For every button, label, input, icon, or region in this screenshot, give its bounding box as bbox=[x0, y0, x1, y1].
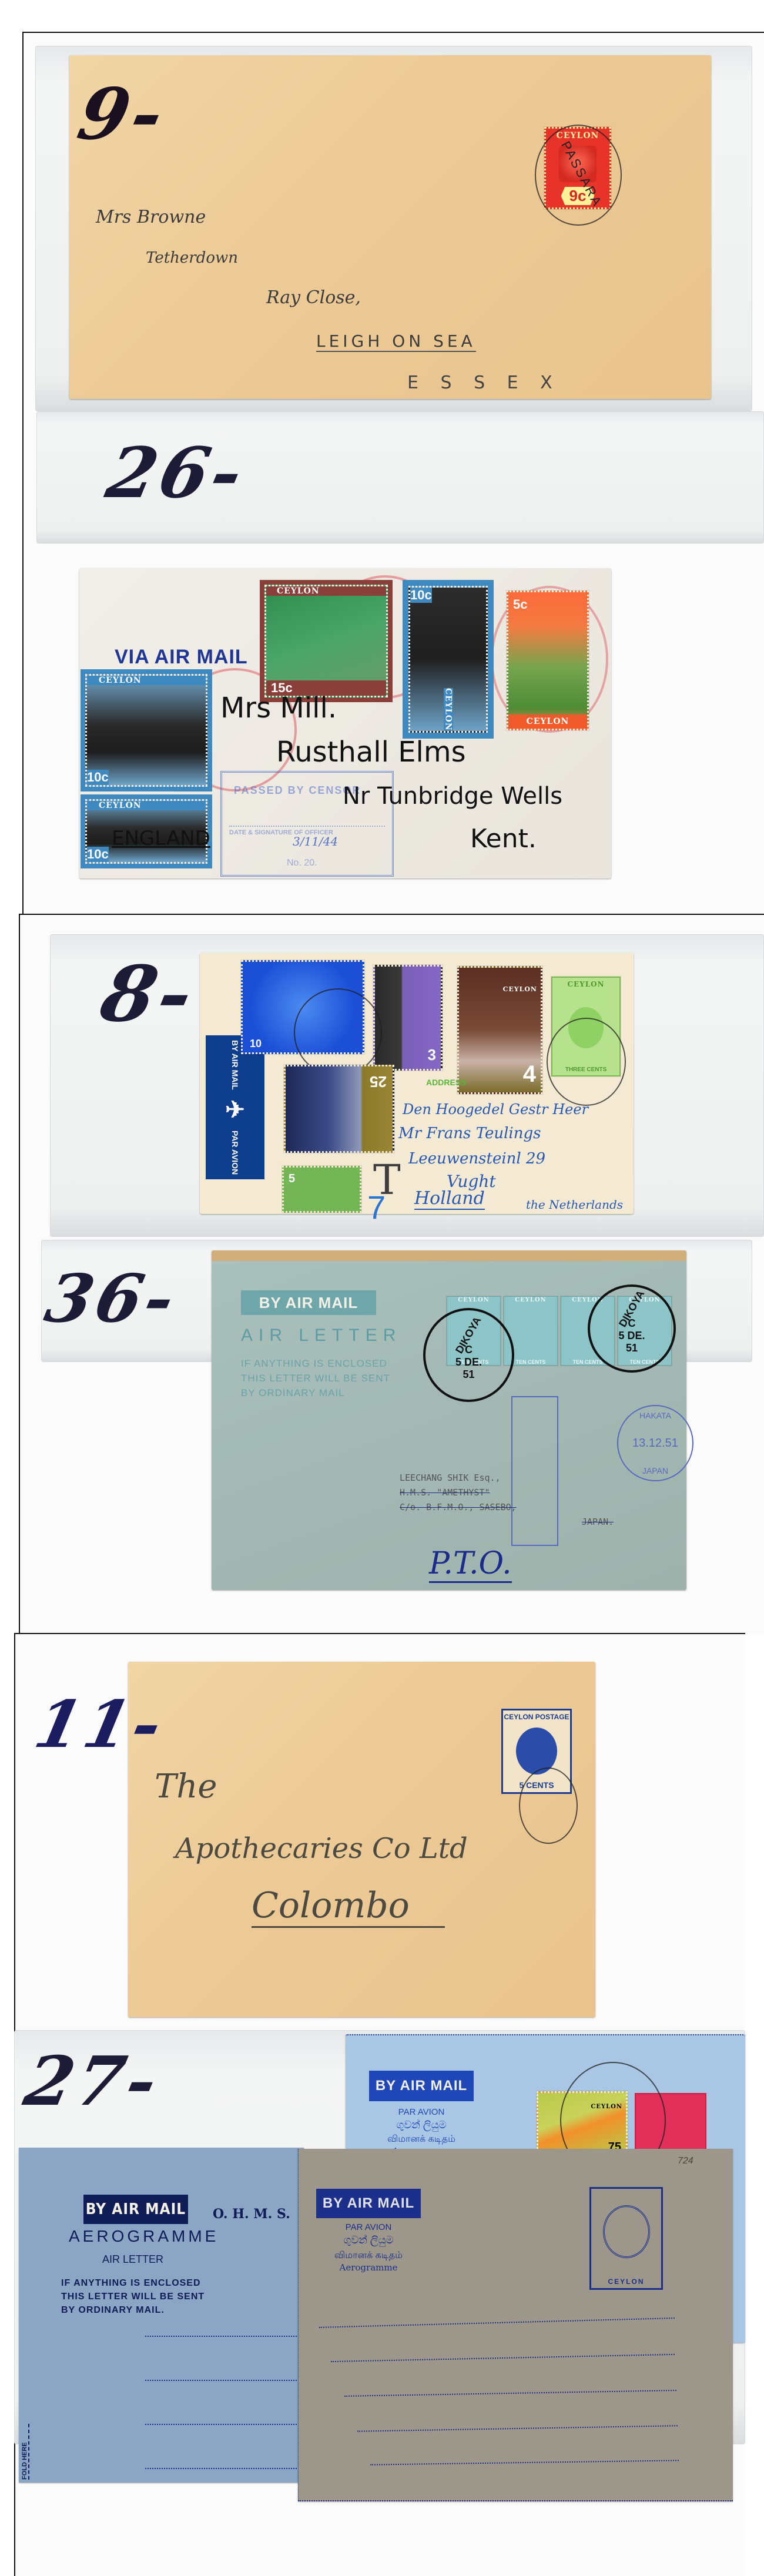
stamp-25-refugee: 25 bbox=[284, 1065, 394, 1153]
address-line bbox=[357, 2425, 678, 2432]
stamp-5-green: 5 bbox=[282, 1166, 361, 1213]
notice-line-1: IF ANYTHING IS ENCLOSED bbox=[61, 2278, 201, 2289]
address-line-5: E S S E X bbox=[407, 373, 561, 393]
address-line bbox=[145, 2468, 304, 2469]
stamp-3-cents: 3 bbox=[373, 965, 443, 1071]
address-line-1: Mrs Browne bbox=[96, 207, 206, 227]
notice-line-2: THIS LETTER WILL BE SENT bbox=[61, 2292, 205, 2302]
imprint-30-lion: CEYLON bbox=[589, 2187, 663, 2290]
address-line-2: Apothecaries Co Ltd bbox=[175, 1832, 468, 1865]
notice-line-1: IF ANYTHING IS ENCLOSED bbox=[241, 1358, 387, 1370]
address-line-3: Nr Tunbridge Wells bbox=[343, 783, 562, 810]
address-line-5: Holland bbox=[414, 1188, 485, 1210]
address-line-1: Mrs Mill. bbox=[220, 692, 337, 724]
airmail-label: BY AIR MAIL bbox=[316, 2189, 421, 2218]
typed-address-1: LEECHANG SHIK Esq., bbox=[400, 1473, 501, 1483]
address-line-6: the Netherlands bbox=[526, 1198, 623, 1212]
airmail-etiquette: BY AIR MAIL ✈ PAR AVION bbox=[206, 1035, 264, 1179]
airmail-label: BY AIR MAIL bbox=[241, 1290, 376, 1315]
lot-number: 11- bbox=[28, 1686, 172, 1762]
cover-lot-26[interactable]: VIA AIR MAIL CEYLON 15c 10c CEYLON 5c CE… bbox=[79, 568, 611, 878]
pto-note: P.T.O. bbox=[429, 1546, 512, 1583]
lot-number: 36- bbox=[39, 1260, 185, 1337]
lot-number: 27- bbox=[18, 2042, 167, 2121]
airmail-label: BY AIR MAIL bbox=[369, 2071, 474, 2101]
postal-card-lot-8[interactable]: BY AIR MAIL ✈ PAR AVION 10 3 CEYLON 4 CE… bbox=[200, 953, 634, 1214]
notice-line-2: THIS LETTER WILL BE SENT bbox=[241, 1373, 390, 1384]
address-line bbox=[370, 2460, 679, 2465]
notice-line-3: BY ORDINARY MAIL. bbox=[61, 2305, 165, 2316]
winged-emblem-icon: ✈ bbox=[225, 1096, 245, 1123]
postmark-hakata: HAKATA 13.12.51 JAPAN bbox=[617, 1405, 693, 1481]
notice-line-3: BY ORDINARY MAIL bbox=[241, 1387, 345, 1399]
address-line-2: Tetherdown bbox=[146, 249, 238, 267]
stamp-15c-river: CEYLON 15c bbox=[264, 585, 388, 697]
fold-here-label: FOLD HERE bbox=[21, 2424, 29, 2480]
address-line-2: Mr Frans Teulings bbox=[398, 1125, 541, 1142]
aerogramme-lot-27-c[interactable]: BY AIR MAIL PAR AVION ගුවන් ලියුම விமானக… bbox=[298, 2149, 733, 2501]
postmark bbox=[547, 1018, 626, 1106]
address-line-1: The bbox=[155, 1767, 217, 1806]
stamp-4-refugee: CEYLON 4 bbox=[457, 966, 542, 1094]
airmail-label: VIA AIR MAIL bbox=[115, 646, 248, 669]
country-line: ENGLAND bbox=[112, 827, 210, 850]
postmark-dikoya: DIKOYA C 5 DE. 51 bbox=[423, 1308, 514, 1402]
address-line bbox=[145, 2380, 304, 2381]
lot-number: 26- bbox=[100, 432, 253, 514]
address-line-3: Colombo bbox=[252, 1885, 445, 1928]
aerogramme-lot-27-b[interactable]: BY AIR MAIL O. H. M. S. AEROGRAMME AIR L… bbox=[19, 2148, 304, 2483]
stamp-5c-palms: 5c CEYLON bbox=[507, 591, 589, 730]
typed-address-2: H.M.S. "AMETHYST" bbox=[400, 1487, 490, 1498]
address-line bbox=[145, 2424, 304, 2425]
address-line-3: Ray Close, bbox=[266, 287, 361, 308]
lion-emblem-icon bbox=[603, 2205, 650, 2258]
address-line-1: Den Hoogedel Gestr Heer bbox=[403, 1101, 588, 1118]
ohms-label: O. H. M. S. bbox=[213, 2206, 290, 2222]
cover-lot-9[interactable]: 9- CEYLON 9c PASSARA Mrs Browne Tetherdo… bbox=[69, 55, 711, 399]
address-line bbox=[331, 2354, 675, 2362]
stamp-10c-sigiriya: 10c CEYLON bbox=[408, 586, 488, 733]
postmark bbox=[294, 988, 382, 1076]
envelope-lot-11[interactable]: CEYLON POSTAGE 5 CENTS The Apothecaries … bbox=[128, 1662, 595, 2017]
address-line-2: Rusthall Elms bbox=[276, 736, 466, 769]
air-letter-subtitle: AIR LETTER bbox=[102, 2253, 163, 2266]
airmail-label: BY AIR MAIL bbox=[83, 2195, 188, 2224]
postmark-passara: PASSARA bbox=[535, 125, 622, 226]
tax-figure: 7 bbox=[367, 1188, 386, 1226]
aerogramme-title: AEROGRAMME bbox=[69, 2227, 219, 2246]
address-line-4: Kent. bbox=[470, 824, 537, 854]
air-letter-title: AIR LETTER bbox=[241, 1326, 401, 1346]
postmark-gpo bbox=[519, 1767, 578, 1844]
address-line-4: LEIGH ON SEA bbox=[316, 331, 476, 352]
pencil-note: 724 bbox=[678, 2156, 693, 2166]
postmark-dikoya: DIKOYA C 5 DE. 51 bbox=[588, 1284, 676, 1373]
address-line bbox=[145, 2336, 304, 2337]
lot-number: 8- bbox=[93, 949, 205, 1039]
air-letter-lot-36[interactable]: BY AIR MAIL AIR LETTER IF ANYTHING IS EN… bbox=[212, 1250, 686, 1590]
address-line bbox=[344, 2390, 676, 2397]
address-label: ADDRESS bbox=[426, 1078, 466, 1087]
lot-number: 9- bbox=[71, 73, 174, 156]
typed-address-4: JAPAN. bbox=[582, 1517, 614, 1527]
japanese-cachet bbox=[511, 1396, 558, 1546]
address-line-3: Leeuwensteinl 29 bbox=[408, 1150, 545, 1168]
typed-address-3: C/o. B.F.M.O., SASEBO, bbox=[400, 1502, 517, 1512]
address-line bbox=[319, 2317, 675, 2328]
stamp-10c-sigiriya: CEYLON 10c bbox=[85, 674, 207, 787]
